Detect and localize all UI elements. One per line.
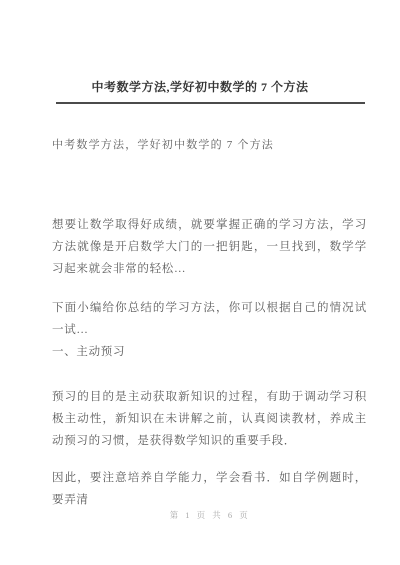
title-divider xyxy=(56,102,365,104)
paragraph-lead-in: 下面小编给你总结的学习方法，你可以根据自己的情况试一试… xyxy=(52,297,367,341)
paragraph-intro: 想要让数学取得好成绩，就要掌握正确的学习方法，学习方法就像是开启数学大门的一把钥… xyxy=(52,214,367,280)
page-number-indicator: 第 1 页 共 6 页 xyxy=(0,509,400,521)
document-page: 中考数学方法,学好初中数学的 7 个方法 中考数学方法，学好初中数学的 7 个方… xyxy=(0,0,400,565)
paragraph-section-1-body: 预习的目的是主动获取新知识的过程，有助于调动学习积极主动性，新知识在未讲解之前，… xyxy=(52,386,367,452)
paragraph-section-1-cont: 因此，要注意培养自学能力，学会看书．如自学例题时，要弄清 xyxy=(52,467,367,511)
document-subtitle: 中考数学方法，学好初中数学的 7 个方法 xyxy=(52,137,366,153)
section-heading-1: 一、主动预习 xyxy=(52,341,367,363)
document-title: 中考数学方法,学好初中数学的 7 个方法 xyxy=(36,79,364,95)
